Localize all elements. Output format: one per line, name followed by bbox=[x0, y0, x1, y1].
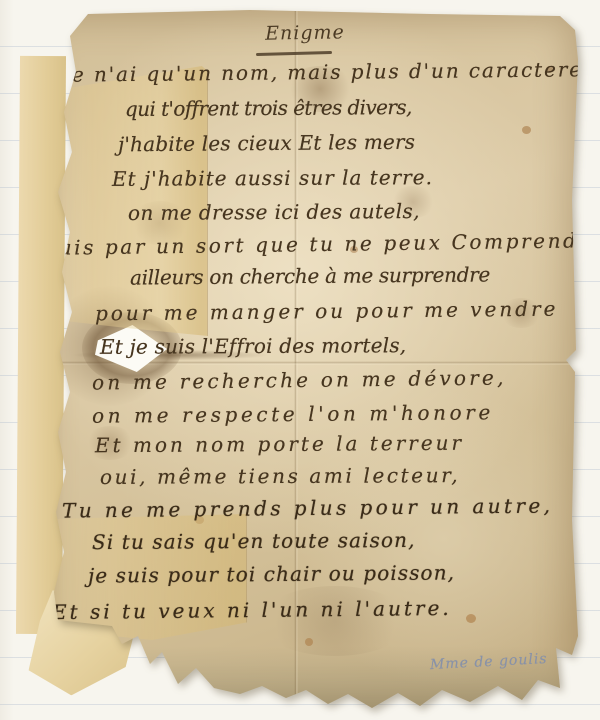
poem-line: Si tu sais qu'en toute saison, bbox=[92, 528, 416, 554]
manuscript-paper: Enigme Je n'ai qu'un nom, mais plus d'un… bbox=[30, 6, 582, 716]
notebook-background: Enigme Je n'ai qu'un nom, mais plus d'un… bbox=[0, 0, 600, 720]
poem-line: ailleurs on cherche à me surprendre bbox=[130, 262, 490, 289]
manuscript-sheet: Enigme Je n'ai qu'un nom, mais plus d'un… bbox=[30, 6, 582, 716]
foxing-spot bbox=[522, 126, 531, 134]
poem-line: qui t'offrent trois êtres divers, bbox=[125, 95, 412, 121]
poem-line: oui, même tiens ami lecteur, bbox=[100, 463, 460, 489]
poem-line: Je n'ai qu'un nom, mais plus d'un caract… bbox=[62, 57, 583, 86]
poem-line: Et mon nom porte la terreur bbox=[95, 431, 464, 458]
poem-line: Et si tu veux ni l'un ni l'autre. bbox=[52, 596, 452, 624]
foxing-spot bbox=[305, 638, 313, 646]
poem-line: pour me manger ou pour me vendre bbox=[95, 297, 559, 326]
poem-line: Tu ne me prends plus pour un autre, bbox=[62, 493, 554, 522]
poem-line: on me recherche on me dévore, bbox=[92, 365, 507, 394]
foxing-spot bbox=[466, 614, 476, 623]
poem-line: on me respecte l'on m'honore bbox=[92, 400, 494, 428]
poem-title: Enigme bbox=[230, 21, 380, 46]
poem-line: Et je suis l'Effroi des mortels, bbox=[100, 333, 406, 359]
poem-line: je suis pour toi chair ou poisson, bbox=[88, 560, 455, 587]
poem-line: Et j'habite aussi sur la terre. bbox=[112, 165, 433, 191]
poem-line: j'habite les cieux Et les mers bbox=[118, 130, 415, 157]
poem-line: on me dresse ici des autels, bbox=[128, 199, 420, 225]
